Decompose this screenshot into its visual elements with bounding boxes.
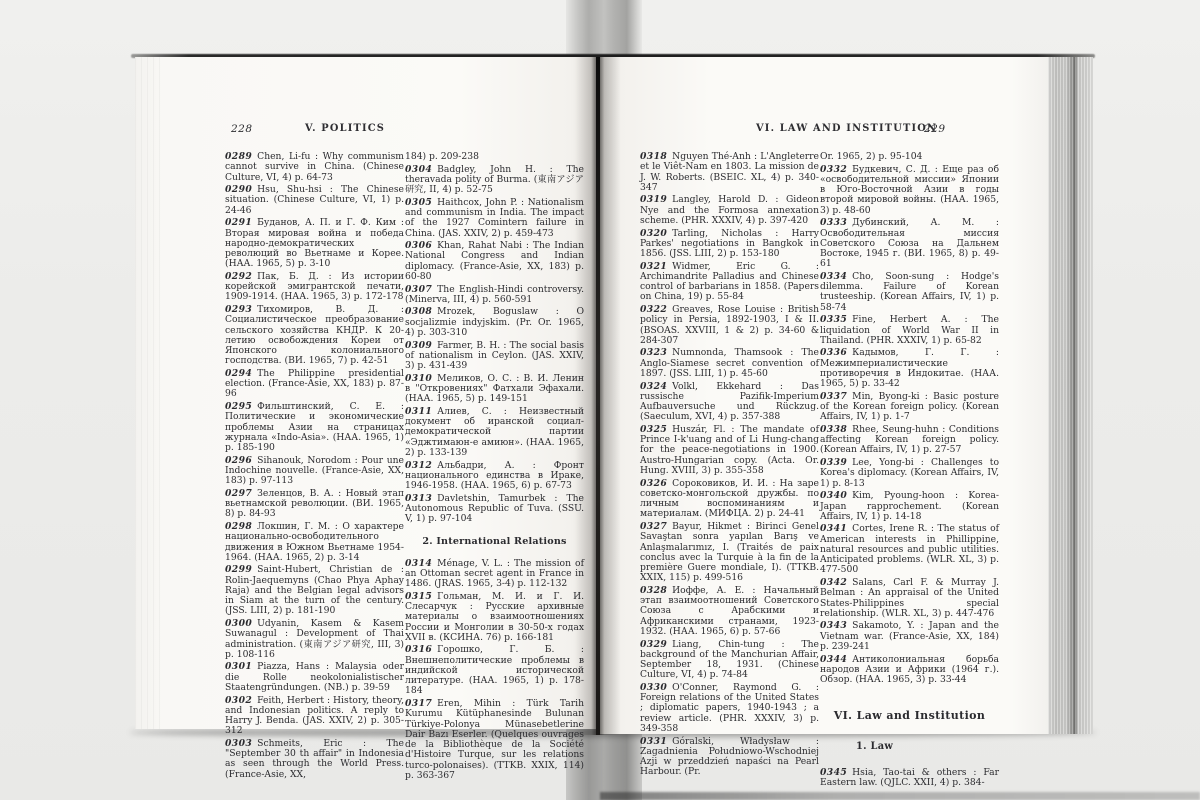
entry-number: 0319	[640, 194, 667, 205]
bibliography-entry: 0324Volkl, Ekkehard : Das russische Pazi…	[640, 382, 819, 423]
entry-number: 0316	[405, 644, 432, 655]
entry-number: 0338	[820, 424, 847, 435]
bibliography-entry: 0345Hsia, Tao-tai & others : Far Eastern…	[820, 768, 999, 789]
entry-number: 0303	[225, 738, 252, 749]
entry-number: 0317	[405, 698, 432, 709]
left-page-number: 228	[231, 123, 253, 135]
entry-number: 0310	[405, 373, 432, 384]
left-page: 228 V. POLITICS 0289Chen, Li-fu : Why co…	[135, 57, 598, 729]
right-page: VI. LAW AND INSTITUTION 229 0318Nguyen T…	[598, 57, 1048, 734]
bibliography-entry: 0315Гольман, М. И. и Г. И. Слесарчук : Р…	[405, 592, 584, 643]
bibliography-entry: 0318Nguyen Thé-Anh : L'Angleterre et le …	[640, 152, 819, 193]
bibliography-entry: 0320Tarling, Nicholas : Harry Parkes' ne…	[640, 229, 819, 260]
section-heading: VI. Law and Institution	[820, 711, 999, 721]
bibliography-entry: 0303Schmeits, Eric : The "September 30 t…	[225, 739, 404, 780]
bibliography-entry: 0333Дубинский, А. М. : Освободительная м…	[820, 218, 999, 269]
entry-number: 0296	[225, 455, 252, 466]
bibliography-entry: 0317Eren, Mihin : Türk Tarih Kurumu Kütü…	[405, 699, 584, 781]
entry-number: 0314	[405, 558, 432, 569]
bibliography-entry: 0290Hsu, Shu-hsi : The Chinese situation…	[225, 185, 404, 216]
bibliography-entry: 0321Widmer, Eric G. : Archimandrite Pall…	[640, 262, 819, 303]
bibliography-entry: 0297Зеленцов, В. А. : Новый этап вьетнам…	[225, 489, 404, 520]
bibliography-entry: 0339Lee, Yong-bi : Challenges to Korea's…	[820, 458, 999, 489]
entry-number: 0299	[225, 564, 252, 575]
bibliography-entry: 0294The Philippine presidential election…	[225, 369, 404, 400]
entry-number: 0315	[405, 591, 432, 602]
bibliography-entry: 0322Greaves, Rose Louise : British polic…	[640, 305, 819, 346]
bibliography-entry: 0291Буданов, А. П. и Г. Ф. Ким : Вторая …	[225, 218, 404, 269]
entry-number: 0312	[405, 460, 432, 471]
entry-number: 0311	[405, 406, 432, 417]
bibliography-entry: 0313Davletshin, Tamurbek : The Autonomou…	[405, 494, 584, 525]
entry-number: 0339	[820, 457, 847, 468]
entry-number: 0302	[225, 695, 252, 706]
entry-number: 0345	[820, 767, 847, 778]
entry-continuation: Or. 1965, 2) p. 95-104	[820, 152, 999, 162]
bibliography-entry: 0316Горошко, Г. Б. : Внешнеполитические …	[405, 645, 584, 696]
bibliography-entry: 0306Khan, Rahat Nabi : The Indian Nation…	[405, 241, 584, 282]
bibliography-entry: 0296Sihanouk, Norodom : Pour une Indochi…	[225, 456, 404, 487]
bibliography-entry: 0307The English-Hindi controversy. (Mine…	[405, 285, 584, 306]
entry-number: 0331	[640, 736, 667, 747]
entry-number: 0304	[405, 164, 432, 175]
right-fore-edge-page-lines	[1048, 57, 1093, 734]
bibliography-entry: 0314Ménage, V. L. : The mission of an Ot…	[405, 559, 584, 590]
bibliography-entry: 0336Кадымов, Г. Г. : Межимпериалистическ…	[820, 348, 999, 389]
entry-number: 0332	[820, 164, 847, 175]
entry-number: 0295	[225, 401, 252, 412]
bibliography-entry: 0331Góralski, Władysław : Zagadnienia Po…	[640, 737, 819, 778]
bibliography-entry: 0343Sakamoto, Y. : Japan and the Vietnam…	[820, 621, 999, 652]
bibliography-entry: 0323Numnonda, Thamsook : The Anglo-Siame…	[640, 348, 819, 379]
bibliography-entry: 0335Fine, Herbert A. : The liquidation o…	[820, 315, 999, 346]
entry-number: 0323	[640, 347, 667, 358]
entry-number: 0294	[225, 368, 252, 379]
bibliography-entry: 0334Cho, Soon-sung : Hodge's dilemma. Fa…	[820, 272, 999, 313]
left-page-column-1: 0289Chen, Li-fu : Why communism cannot s…	[225, 152, 404, 782]
left-page-column-2: 184) p. 209-2380304Badgley, John H. : Th…	[405, 152, 584, 783]
entry-number: 0335	[820, 314, 847, 325]
entry-number: 0321	[640, 261, 667, 272]
left-page-section-header: V. POLITICS	[305, 123, 385, 134]
entry-number: 0307	[405, 284, 432, 295]
bibliography-entry: 0310Меликов, О. С. : В. И. Ленин в "Откр…	[405, 374, 584, 405]
entry-number: 0326	[640, 478, 667, 489]
bibliography-entry: 0342Salans, Carl F. & Murray J. Belman :…	[820, 578, 999, 619]
bibliography-entry: 0295Фильштинский, С. Е. : Политические и…	[225, 402, 404, 453]
entry-number: 0308	[405, 306, 432, 317]
entry-number: 0290	[225, 184, 252, 195]
right-page-header: VI. LAW AND INSTITUTION 229	[598, 123, 1048, 137]
entry-number: 0337	[820, 391, 847, 402]
entry-number: 0329	[640, 639, 667, 650]
bibliography-entry: 0299Saint-Hubert, Christian de : Rolin-J…	[225, 565, 404, 616]
bibliography-entry: 0319Langley, Harold D. : Gideon Nye and …	[640, 195, 819, 226]
entry-number: 0292	[225, 271, 252, 282]
entry-number: 0297	[225, 488, 252, 499]
entry-number: 0313	[405, 493, 432, 504]
bibliography-entry: 0289Chen, Li-fu : Why communism cannot s…	[225, 152, 404, 183]
bibliography-entry: 0338Rhee, Seung-huhn : Conditions affect…	[820, 425, 999, 456]
bibliography-entry: 0311Алиев, С. : Неизвестный документ об …	[405, 407, 584, 458]
entry-number: 0340	[820, 490, 847, 501]
entry-number: 0343	[820, 620, 847, 631]
entry-number: 0327	[640, 521, 667, 532]
bibliography-entry: 0330O'Conner, Raymond G. : Foreign relat…	[640, 683, 819, 734]
bibliography-entry: 0326Сороковиков, И. И. : На заре советск…	[640, 479, 819, 520]
bibliography-entry: 0332Будкевич, С. Д. : Еще раз об «освобо…	[820, 165, 999, 216]
bibliography-entry: 0329Liang, Chin-tung : The background of…	[640, 640, 819, 681]
entry-number: 0318	[640, 151, 667, 162]
bibliography-entry: 0293Тихомиров, В. Д. : Социалистическое …	[225, 305, 404, 367]
bibliography-entry: 0312Альбадри, А. : Фронт национального е…	[405, 461, 584, 492]
bibliography-entry: 0340Kim, Pyoung-hoon : Korea-Japan rappr…	[820, 491, 999, 522]
entry-number: 0344	[820, 654, 847, 665]
bibliography-entry: 0298Локшин, Г. М. : О характере национал…	[225, 522, 404, 563]
entry-number: 0301	[225, 661, 252, 672]
entry-number: 0325	[640, 424, 667, 435]
bibliography-entry: 0327Bayur, Hikmet : Birinci Genel Savaşt…	[640, 522, 819, 584]
left-page-stack-edge	[135, 57, 165, 729]
bibliography-entry: 0325Huszár, Fl. : The mandate of Prince …	[640, 425, 819, 476]
entry-number: 0309	[405, 340, 432, 351]
entry-number: 0320	[640, 228, 667, 239]
entry-number: 0333	[820, 217, 847, 228]
bibliography-entry: 0292Пак, Б. Д. : Из истории корейской эм…	[225, 272, 404, 303]
bibliography-entry: 0337Min, Byong-ki : Basic posture of the…	[820, 392, 999, 423]
entry-number: 0291	[225, 217, 252, 228]
entry-number: 0334	[820, 271, 847, 282]
bibliography-entry: 0305Haithcox, John P. : Nationalism and …	[405, 198, 584, 239]
entry-number: 0342	[820, 577, 847, 588]
section-heading: 2. International Relations	[405, 537, 584, 547]
bibliography-entry: 0304Badgley, John H. : The theravada pol…	[405, 165, 584, 196]
entry-number: 0330	[640, 682, 667, 693]
bibliography-entry: 0300Udyanin, Kasem & Kasem Suwanagul : D…	[225, 619, 404, 660]
bibliography-entry: 0309Farmer, B. H. : The social basis of …	[405, 341, 584, 372]
open-book: 228 V. POLITICS 0289Chen, Li-fu : Why co…	[135, 57, 1093, 735]
entry-number: 0306	[405, 240, 432, 251]
entry-number: 0289	[225, 151, 252, 162]
bibliography-entry: 0328Иоффе, А. Е. : Начальный этап взаимо…	[640, 586, 819, 637]
table-edge-line	[600, 792, 1200, 800]
bibliography-entry: 0302Feith, Herbert : History, theory, an…	[225, 696, 404, 737]
entry-number: 0298	[225, 521, 252, 532]
bibliography-entry: 0344Антиколониальная борьба народов Азии…	[820, 655, 999, 686]
entry-number: 0328	[640, 585, 667, 596]
entry-number: 0322	[640, 304, 667, 315]
bibliography-entry: 0308Mrozek, Boguslaw : O socjalizmie ind…	[405, 307, 584, 338]
right-page-column-2: Or. 1965, 2) p. 95-1040332Будкевич, С. Д…	[820, 152, 999, 791]
book-gutter-line	[596, 57, 600, 735]
entry-number: 0341	[820, 523, 847, 534]
entry-number: 0305	[405, 197, 432, 208]
right-page-column-1: 0318Nguyen Thé-Anh : L'Angleterre et le …	[640, 152, 819, 780]
section-heading: 1. Law	[820, 742, 999, 752]
right-page-section-header: VI. LAW AND INSTITUTION	[756, 123, 937, 134]
book-photo: 228 V. POLITICS 0289Chen, Li-fu : Why co…	[0, 0, 1200, 800]
bibliography-entry: 0341Cortes, Irene R. : The status of Ame…	[820, 524, 999, 575]
entry-number: 0293	[225, 304, 252, 315]
entry-number: 0324	[640, 381, 667, 392]
left-page-header: 228 V. POLITICS	[135, 123, 598, 137]
entry-number: 0336	[820, 347, 847, 358]
right-page-number: 229	[924, 123, 946, 135]
entry-continuation: 184) p. 209-238	[405, 152, 584, 162]
bibliography-entry: 0301Piazza, Hans : Malaysia oder die Rol…	[225, 662, 404, 693]
entry-number: 0300	[225, 618, 252, 629]
